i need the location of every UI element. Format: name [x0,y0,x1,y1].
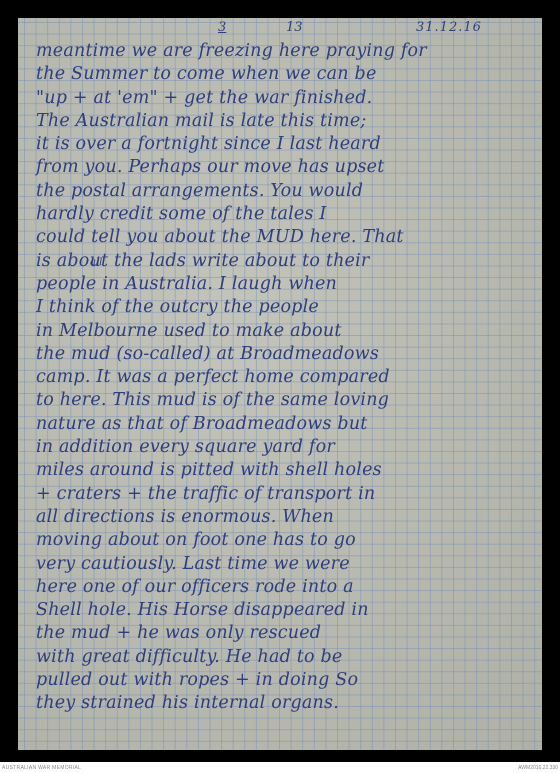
text-line: meantime we are freezing here praying fo… [36,40,536,63]
text-line: miles around is pitted with shell holes [36,459,536,482]
text-line: in addition every square yard for [36,436,536,459]
text-line: camp. It was a perfect home compared [36,366,536,389]
institution-label: AUSTRALIAN WAR MEMORIAL [2,765,81,771]
text-line: nature as that of Broadmeadows but [36,413,536,436]
letter-page: 3 13 31.12.16 all meantime we are freezi… [18,18,542,750]
text-line: it is over a fortnight since I last hear… [36,133,536,156]
text-line: the mud (so-called) at Broadmeadows [36,343,536,366]
text-line: pulled out with ropes + in doing So [36,669,536,692]
text-line: moving about on foot one has to go [36,529,536,552]
text-line: all directions is enormous. When [36,506,536,529]
text-line: "up + at 'em" + get the war finished. [36,87,536,110]
text-line: very cautiously. Last time we were [36,553,536,576]
text-line: the postal arrangements. You would [36,180,536,203]
text-line: The Australian mail is late this time; [36,110,536,133]
page-marker: 3 [218,20,226,35]
page-header: 3 13 31.12.16 [18,20,542,38]
text-line: + craters + the traffic of transport in [36,483,536,506]
text-line: could tell you about the MUD here. That [36,226,536,249]
accession-number: AWM2016.22.330 [518,765,558,771]
archive-footer: AUSTRALIAN WAR MEMORIAL AWM2016.22.330 [0,762,560,773]
text-line: I think of the outcry the people [36,296,536,319]
text-line: the Summer to come when we can be [36,63,536,86]
text-line: from you. Perhaps our move has upset [36,156,536,179]
text-line: they strained his internal organs. [36,692,536,715]
text-line: is about the lads write about to their [36,250,536,273]
text-line: with great difficulty. He had to be [36,646,536,669]
text-line: to here. This mud is of the same loving [36,389,536,412]
text-line: in Melbourne used to make about [36,320,536,343]
page-number: 13 [286,20,303,35]
letter-date: 31.12.16 [416,20,482,35]
handwritten-text: meantime we are freezing here praying fo… [36,40,536,716]
text-line: people in Australia. I laugh when [36,273,536,296]
text-line: Shell hole. His Horse disappeared in [36,599,536,622]
text-line: here one of our officers rode into a [36,576,536,599]
text-line: the mud + he was only rescued [36,622,536,645]
text-line: hardly credit some of the tales I [36,203,536,226]
image-viewer: 3 13 31.12.16 all meantime we are freezi… [0,0,560,762]
